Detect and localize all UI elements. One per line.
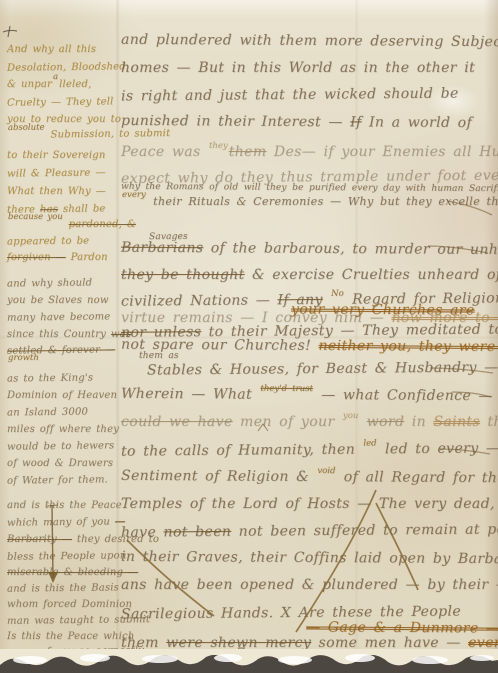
handwriting-segment: not been suffered to remain at peace xyxy=(231,521,498,540)
handwriting-segment: word xyxy=(367,414,405,430)
handwriting-segment: Dominion of Heaven xyxy=(7,390,117,401)
handwriting-segment: is right and just that the wicked should… xyxy=(121,86,459,105)
margin-note-line: of Water for them. xyxy=(7,474,108,486)
handwriting-segment: void xyxy=(317,467,335,476)
handwriting-segment: — Gage & a Dunmore — xyxy=(306,619,498,636)
margin-note-line: because you pardoned, & xyxy=(7,219,136,230)
margin-note-line: and is this the Peace xyxy=(7,500,122,511)
handwriting-segment: of the barbarous, to murder our unhappy … xyxy=(203,240,498,258)
handwriting-segment: them xyxy=(229,144,267,160)
handwriting-segment: as to the King's xyxy=(7,372,93,384)
handwriting-segment: to their Sovereign xyxy=(7,150,106,161)
margin-note-line: miserable & bleeding — xyxy=(7,567,138,578)
manuscript-line: every their Rituals & Ceremonies — Why b… xyxy=(121,196,498,208)
manuscript-line: is right and just that the wicked should… xyxy=(121,87,459,105)
handwriting-segment: many have become xyxy=(7,311,111,323)
handwriting-segment: Temples of the Lord of Hosts — The very … xyxy=(121,496,495,512)
handwriting-segment: Is this the Peace which xyxy=(7,631,134,642)
handwriting-segment: of all Regard for the xyxy=(336,469,498,486)
main-text-column: and plundered with them more deserving S… xyxy=(121,0,498,673)
margin-note-line: Dominion of Heaven xyxy=(7,390,117,401)
handwriting-segment: Cruelty — They tell xyxy=(7,96,114,108)
margin-note-line: And why all this xyxy=(7,44,96,55)
manuscript-line: punished in their Interest — If In a wor… xyxy=(121,114,472,132)
margin-note-line: Is this the Peace which xyxy=(7,631,134,642)
handwriting-segment: they'd trust xyxy=(260,385,312,395)
margin-note-line: to their Sovereign xyxy=(7,150,106,161)
handwriting-segment: growth xyxy=(8,354,39,363)
margin-note-line: you be Slaves now xyxy=(7,295,109,306)
handwriting-segment: Barbarity — xyxy=(7,534,72,545)
manuscript-line: and plundered with them more deserving S… xyxy=(121,33,498,51)
handwriting-segment: led to every — xyxy=(378,440,498,457)
handwriting-segment: could we have xyxy=(121,414,233,430)
handwriting-segment: whom forced Dominion xyxy=(7,599,132,610)
margin-note-line: whom forced Dominion xyxy=(7,599,132,610)
handwriting-segment: you xyxy=(343,412,358,421)
handwriting-segment: homes — But in this World as in the othe… xyxy=(121,60,475,76)
margin-note-line: would be to hewers xyxy=(7,440,115,452)
handwriting-segment: would be to hewers xyxy=(7,440,115,452)
margin-note-line: which many of you — xyxy=(7,516,125,528)
handwriting-segment: And why all this xyxy=(7,44,96,55)
handwriting-segment: their Rituals & Ceremonies — Why but the… xyxy=(147,195,498,208)
handwriting-segment: in xyxy=(404,414,433,430)
manuscript-line: Sentiment of Religion & void of all Rega… xyxy=(121,469,498,487)
margin-note-line: miles off where they xyxy=(7,424,119,435)
handwriting-segment: Saints xyxy=(433,414,480,430)
handwriting-segment: and plundered with them more deserving S… xyxy=(121,32,498,50)
margin-note-line: and is this the Basis xyxy=(7,582,119,594)
manuscript-line: Wherein — What they'd trust — what Confi… xyxy=(121,387,493,405)
margin-note-line: appeared to be xyxy=(7,235,89,247)
margin-note-line: forgiven — Pardon xyxy=(7,252,108,263)
margin-note-line: an Island 3000 xyxy=(7,407,88,419)
handwriting-segment: of Water for them. xyxy=(7,474,108,486)
manuscript-line: they be thought & exercise Cruelties unh… xyxy=(121,268,498,283)
margin-note-line: will & Pleasure — xyxy=(7,167,106,179)
handwriting-segment: bless the People upon xyxy=(7,550,127,562)
handwriting-segment: Barbarians xyxy=(121,240,203,257)
handwriting-segment: Wherein — What xyxy=(121,386,260,403)
handwriting-segment: appeared to be xyxy=(7,235,89,247)
handwriting-segment: No xyxy=(331,290,344,299)
manuscript-line: them as xyxy=(139,352,179,362)
handwriting-segment: them as xyxy=(139,351,179,361)
handwriting-segment: and is this the Basis xyxy=(7,582,119,594)
handwriting-segment xyxy=(359,414,366,430)
handwriting-segment: Sentiment of Religion & xyxy=(121,468,316,485)
handwriting-segment: civilized Nations — xyxy=(121,292,278,309)
handwriting-segment: and why should xyxy=(7,277,92,289)
handwriting-segment: Des— if your Enemies all Humanity then xyxy=(267,144,498,160)
handwriting-segment: and is this the Peace xyxy=(7,500,122,511)
handwriting-segment: lleled, xyxy=(59,79,91,90)
margin-note-line: Cruelty — They tell xyxy=(7,96,114,108)
handwriting-segment: — what Confidence — xyxy=(314,387,493,404)
handwriting-segment: What then Why — xyxy=(7,186,106,197)
handwriting-segment: every xyxy=(122,191,146,200)
handwriting-segment: Desolation, Bloodshed xyxy=(7,61,126,73)
margin-note-line: and why should xyxy=(7,277,92,289)
manuscript-line: homes — But in this World as in the othe… xyxy=(121,61,475,76)
handwriting-segment: punished in their Interest — xyxy=(121,113,350,130)
handwriting-segment: Peace was xyxy=(121,144,208,160)
torn-bottom-edge xyxy=(0,649,498,673)
handwriting-segment: an Island 3000 xyxy=(7,407,88,419)
handwriting-segment: miserable & bleeding — xyxy=(7,567,138,578)
manuscript-line: in their Graves, their Coffins laid open… xyxy=(121,550,498,568)
handwriting-segment: neither you, they were sealed xyxy=(318,338,498,355)
manuscript-line: Peace was theythem Des— if your Enemies … xyxy=(121,145,498,160)
handwriting-segment: why the Romans of old will they be purif… xyxy=(121,182,498,194)
margin-note-line: bless the People upon xyxy=(7,550,127,562)
handwriting-segment: they xyxy=(209,142,228,151)
handwriting-segment: of wood & Drawers xyxy=(7,458,113,469)
margin-notes-column: And why all thisDesolation, Bloodshed& u… xyxy=(7,0,121,673)
margin-note-line: Desolation, Bloodshed xyxy=(7,61,126,73)
handwriting-segment: miles off where they xyxy=(7,424,119,435)
manuscript-line: ans have been opened & plundered — by th… xyxy=(121,578,498,593)
margin-note-line: & unparalleled, xyxy=(7,79,92,90)
margin-note-line: of wood & Drawers xyxy=(7,458,113,469)
manuscript-line: Temples of the Lord of Hosts — The very … xyxy=(121,497,495,512)
handwriting-segment: men of your xyxy=(233,414,342,430)
handwriting-segment: forgiven — xyxy=(7,252,66,263)
manuscript-line: why the Romans of old will they be purif… xyxy=(121,183,498,195)
margin-note-line: since this Country was xyxy=(7,329,131,340)
handwriting-segment: led xyxy=(363,439,376,448)
handwriting-segment: those more deaf xyxy=(480,414,498,430)
handwriting-segment: & unpar xyxy=(7,79,52,90)
handwriting-segment: Stables & Houses, for Beast & Husbandry … xyxy=(147,359,498,378)
handwriting-segment: because you xyxy=(8,213,63,222)
manuscript-line: Barbarians of the barbarous, to murder o… xyxy=(121,241,498,259)
handwriting-segment: you be Slaves now xyxy=(7,295,109,306)
margin-note-line: as to the King's xyxy=(7,372,93,384)
manuscript-line: could we have men of your you word in Sa… xyxy=(121,415,498,430)
handwriting-segment: Pardon xyxy=(66,252,108,263)
handwriting-segment: ans have been opened & plundered — by th… xyxy=(121,577,498,593)
handwriting-segment: If xyxy=(350,114,362,130)
margin-note-line: many have become xyxy=(7,311,111,323)
handwriting-segment: to the calls of Humanity, then xyxy=(121,442,363,460)
handwriting-segment: in their Graves, their Coffins laid open… xyxy=(121,549,498,567)
handwriting-segment: which many of you xyxy=(7,516,115,528)
margin-note-line: What then Why — xyxy=(7,186,106,197)
manuscript-line: Stables & Houses, for Beast & Husbandry … xyxy=(147,360,498,378)
handwriting-segment: they be thought xyxy=(121,267,245,283)
handwriting-segment: not been xyxy=(163,524,231,541)
manuscript-page: And why all thisDesolation, Bloodshed& u… xyxy=(0,0,498,673)
handwriting-segment: shall be xyxy=(58,203,106,215)
manuscript-line: to the calls of Humanity, then led led t… xyxy=(121,441,498,460)
handwriting-segment: & exercise Cruelties unheard of among xyxy=(245,267,498,283)
margin-note-line: growth xyxy=(7,360,40,371)
manuscript-line: have not been not been suffered to remai… xyxy=(121,522,498,541)
handwriting-segment: In a world of xyxy=(362,114,473,131)
handwriting-segment: will & Pleasure — xyxy=(7,167,106,179)
handwriting-segment: since this Country xyxy=(7,329,111,340)
handwriting-segment: absolute xyxy=(8,124,45,134)
handwriting-segment: have xyxy=(121,524,164,540)
handwriting-segment: a xyxy=(53,73,58,82)
